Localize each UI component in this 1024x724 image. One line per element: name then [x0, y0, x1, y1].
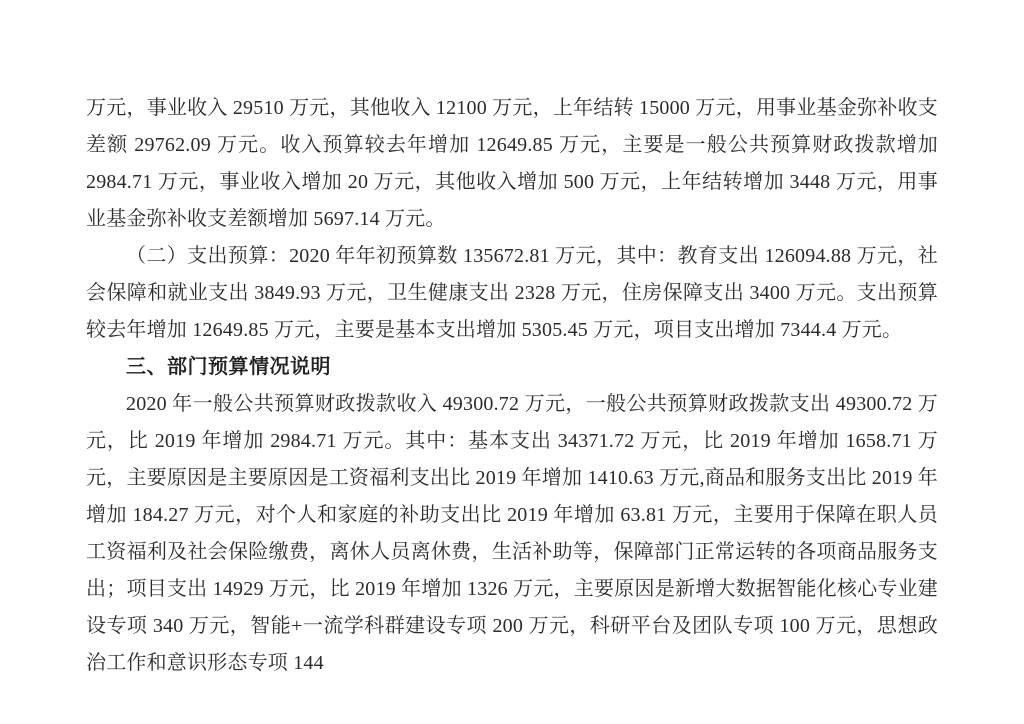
paragraph-general-public-budget-detail: 2020 年一般公共预算财政拨款收入 49300.72 万元，一般公共预算财政拨… [86, 386, 938, 682]
paragraph-expenditure-budget: （二）支出预算：2020 年年初预算数 135672.81 万元，其中：教育支出… [86, 238, 938, 349]
paragraph-income-budget-continuation: 万元，事业收入 29510 万元，其他收入 12100 万元，上年结转 1500… [86, 90, 938, 238]
section-heading-department-budget-explanation: 三、部门预算情况说明 [86, 349, 938, 386]
document-page: 万元，事业收入 29510 万元，其他收入 12100 万元，上年结转 1500… [0, 0, 1024, 724]
